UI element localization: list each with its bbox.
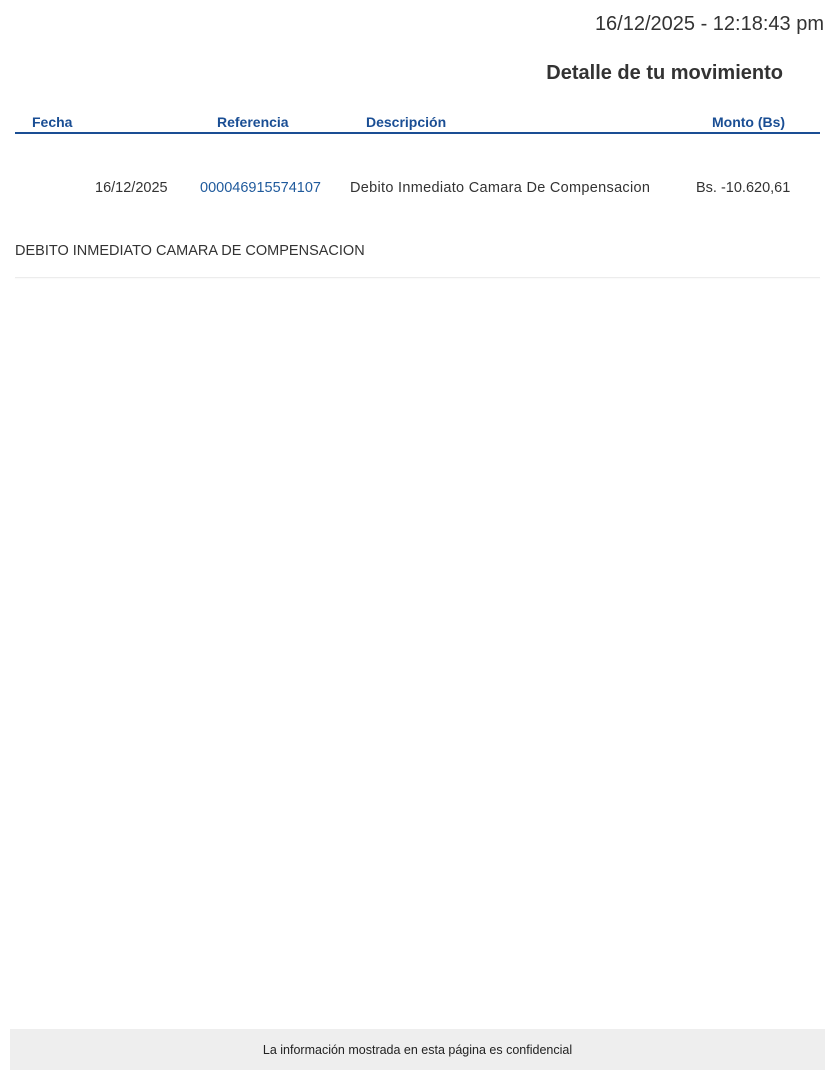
footer: La información mostrada en esta página e… (10, 1029, 825, 1070)
column-header-fecha: Fecha (32, 114, 72, 130)
column-header-referencia: Referencia (217, 114, 289, 130)
table-header: Fecha Referencia Descripción Monto (Bs) (15, 113, 820, 134)
detail-description: DEBITO INMEDIATO CAMARA DE COMPENSACION (15, 243, 365, 259)
timestamp: 16/12/2025 - 12:18:43 pm (595, 13, 824, 36)
cell-fecha: 16/12/2025 (95, 180, 168, 196)
confidential-notice: La información mostrada en esta página e… (263, 1043, 572, 1057)
cell-descripcion: Debito Inmediato Camara De Compensacion (350, 180, 650, 196)
column-header-monto: Monto (Bs) (712, 114, 785, 130)
column-header-descripcion: Descripción (366, 114, 446, 130)
table-row: 16/12/2025 000046915574107 Debito Inmedi… (0, 178, 835, 200)
divider (15, 277, 820, 278)
page-title: Detalle de tu movimiento (546, 62, 783, 85)
reference-link[interactable]: 000046915574107 (200, 180, 321, 196)
cell-monto: Bs. -10.620,61 (696, 180, 790, 196)
